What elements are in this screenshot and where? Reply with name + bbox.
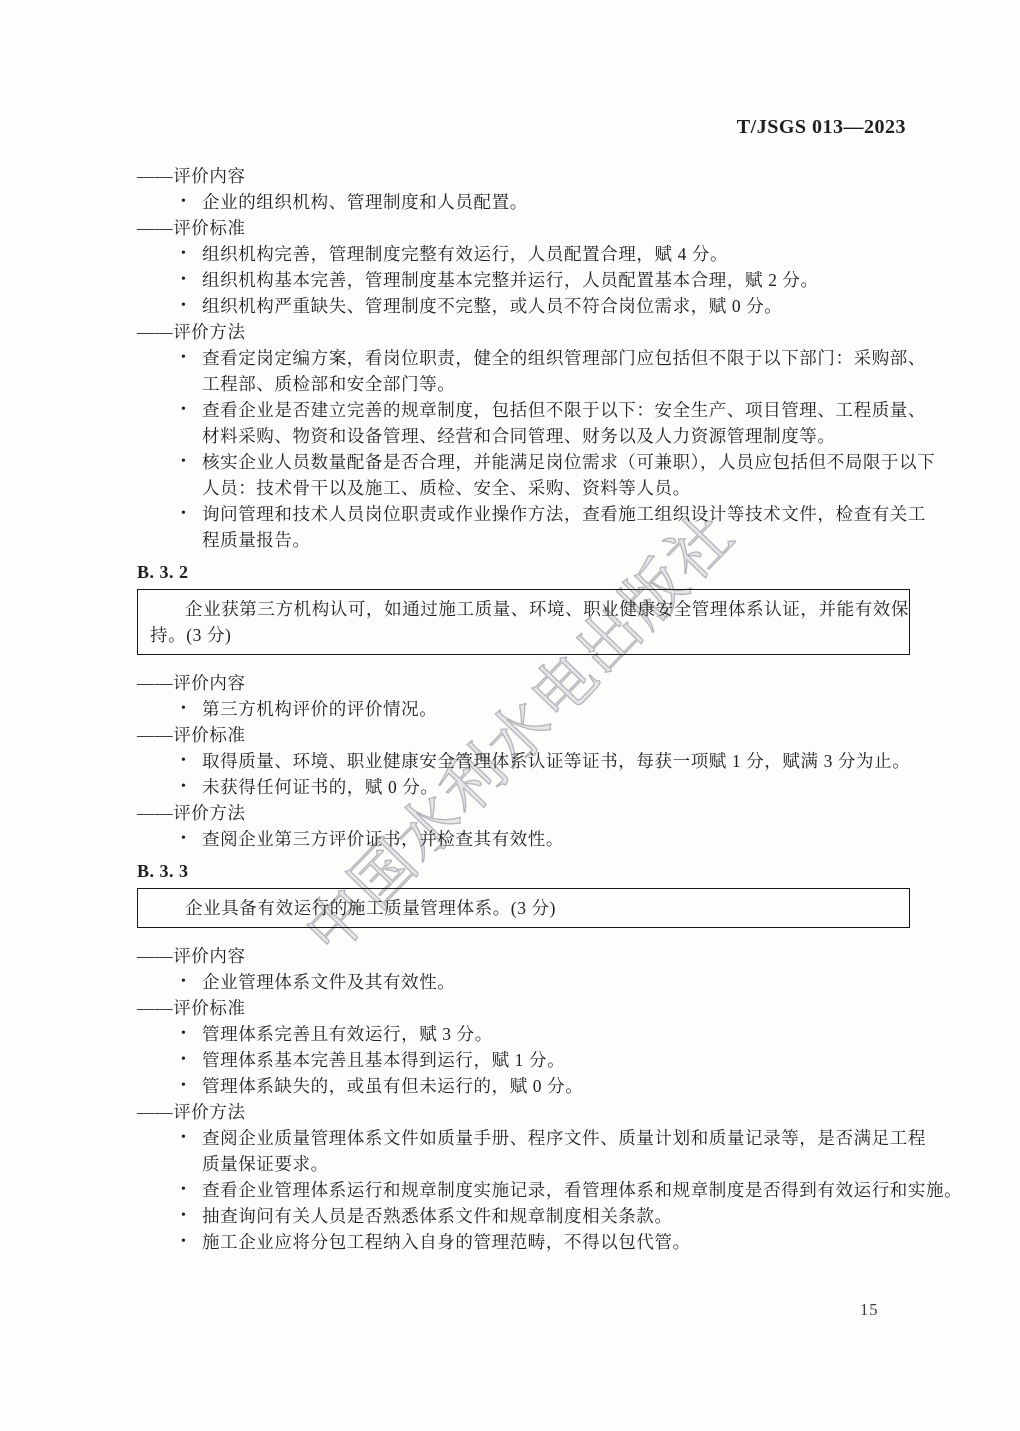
bullet-item-text: 组织机构完善，管理制度完整有效运行，人员配置合理，赋 4 分。 <box>202 241 910 267</box>
bullet-item-text: 工程部、质检部和安全部门等。 <box>202 371 910 397</box>
bullet-item: •抽查询问有关人员是否熟悉体系文件和规章制度相关条款。 <box>137 1203 910 1229</box>
bullet-item: •企业管理体系文件及其有效性。 <box>137 969 910 995</box>
bullet-item: •查阅企业质量管理体系文件如质量手册、程序文件、质量计划和质量记录等，是否满足工… <box>137 1125 910 1177</box>
bullet-item-text: 组织机构基本完善，管理制度基本完整并运行，人员配置基本合理，赋 2 分。 <box>202 267 910 293</box>
bullet-item-text: 取得质量、环境、职业健康安全管理体系认证等证书，每获一项赋 1 分，赋满 3 分… <box>202 748 910 774</box>
bullet-item: •查看企业管理体系运行和规章制度实施记录，看管理体系和规章制度是否得到有效运行和… <box>137 1177 910 1203</box>
clause-requirement-text: 企业具备有效运行的施工质量管理体系。(3 分) <box>150 895 897 921</box>
bullet-item-text: 查看企业是否建立完善的规章制度，包括但不限于以下：安全生产、项目管理、工程质量、 <box>202 397 910 423</box>
evaluation-label: ——评价方法 <box>137 319 910 345</box>
bullet-marker-icon: • <box>181 189 187 215</box>
bullet-item-text: 询问管理和技术人员岗位职责或作业操作方法，查看施工组织设计等技术文件，检查有关工 <box>202 501 910 527</box>
evaluation-label: ——评价标准 <box>137 722 910 748</box>
bullet-item-text: 核实企业人员数量配备是否合理，并能满足岗位需求（可兼职），人员应包括但不局限于以… <box>202 449 910 475</box>
bullet-item: •未获得任何证书的，赋 0 分。 <box>137 774 910 800</box>
bullet-item-text: 管理体系完善且有效运行，赋 3 分。 <box>202 1021 910 1047</box>
bullet-item-text: 企业的组织机构、管理制度和人员配置。 <box>202 189 910 215</box>
clause-requirement-text: 企业获第三方机构认可，如通过施工质量、环境、职业健康安全管理体系认证，并能有效保 <box>150 596 897 622</box>
bullet-item: •查看企业是否建立完善的规章制度，包括但不限于以下：安全生产、项目管理、工程质量… <box>137 397 910 449</box>
bullet-item: •企业的组织机构、管理制度和人员配置。 <box>137 189 910 215</box>
bullet-marker-icon: • <box>181 345 187 371</box>
bullet-item-text: 第三方机构评价的评价情况。 <box>202 696 910 722</box>
clause-requirement-text: 持。(3 分) <box>150 622 897 648</box>
bullet-item-text: 查看定岗定编方案，看岗位职责，健全的组织管理部门应包括但不限于以下部门：采购部、 <box>202 345 910 371</box>
bullet-marker-icon: • <box>181 397 187 423</box>
document-page: 中国水利水电出版社 T/JSGS 013—2023 ——评价内容•企业的组织机构… <box>0 0 1020 1431</box>
evaluation-label: ——评价内容 <box>137 670 910 696</box>
bullet-item: •核实企业人员数量配备是否合理，并能满足岗位需求（可兼职），人员应包括但不局限于… <box>137 449 910 501</box>
bullet-item: •管理体系缺失的，或虽有但未运行的，赋 0 分。 <box>137 1073 910 1099</box>
clause-requirement-box: 企业获第三方机构认可，如通过施工质量、环境、职业健康安全管理体系认证，并能有效保… <box>137 589 910 655</box>
bullet-item: •第三方机构评价的评价情况。 <box>137 696 910 722</box>
bullet-item: •组织机构基本完善，管理制度基本完整并运行，人员配置基本合理，赋 2 分。 <box>137 267 910 293</box>
bullet-item-text: 管理体系基本完善且基本得到运行，赋 1 分。 <box>202 1047 910 1073</box>
bullet-marker-icon: • <box>181 1047 187 1073</box>
bullet-item: •组织机构完善，管理制度完整有效运行，人员配置合理，赋 4 分。 <box>137 241 910 267</box>
bullet-item: •管理体系基本完善且基本得到运行，赋 1 分。 <box>137 1047 910 1073</box>
bullet-marker-icon: • <box>181 449 187 475</box>
bullet-item-text: 查阅企业质量管理体系文件如质量手册、程序文件、质量计划和质量记录等，是否满足工程 <box>202 1125 910 1151</box>
bullet-item: •查阅企业第三方评价证书，并检查其有效性。 <box>137 826 910 852</box>
clause-heading: B. 3. 2 <box>137 559 910 585</box>
evaluation-label: ——评价方法 <box>137 800 910 826</box>
bullet-item-text: 质量保证要求。 <box>202 1151 910 1177</box>
bullet-item-text: 程质量报告。 <box>202 527 910 553</box>
bullet-item: •取得质量、环境、职业健康安全管理体系认证等证书，每获一项赋 1 分，赋满 3 … <box>137 748 910 774</box>
evaluation-label: ——评价方法 <box>137 1099 910 1125</box>
document-body: ——评价内容•企业的组织机构、管理制度和人员配置。——评价标准•组织机构完善，管… <box>137 163 910 1255</box>
bullet-marker-icon: • <box>181 1125 187 1151</box>
bullet-item: •查看定岗定编方案，看岗位职责，健全的组织管理部门应包括但不限于以下部门：采购部… <box>137 345 910 397</box>
bullet-marker-icon: • <box>181 969 187 995</box>
bullet-item: •组织机构严重缺失、管理制度不完整，或人员不符合岗位需求，赋 0 分。 <box>137 293 910 319</box>
bullet-marker-icon: • <box>181 241 187 267</box>
bullet-item-text: 组织机构严重缺失、管理制度不完整，或人员不符合岗位需求，赋 0 分。 <box>202 293 910 319</box>
bullet-item: •施工企业应将分包工程纳入自身的管理范畴，不得以包代管。 <box>137 1229 910 1255</box>
evaluation-label: ——评价标准 <box>137 215 910 241</box>
bullet-marker-icon: • <box>181 774 187 800</box>
bullet-item-text: 管理体系缺失的，或虽有但未运行的，赋 0 分。 <box>202 1073 910 1099</box>
page-number: 15 <box>860 1300 879 1320</box>
bullet-item: •管理体系完善且有效运行，赋 3 分。 <box>137 1021 910 1047</box>
bullet-marker-icon: • <box>181 1203 187 1229</box>
bullet-item-text: 企业管理体系文件及其有效性。 <box>202 969 910 995</box>
standard-code: T/JSGS 013—2023 <box>737 116 906 139</box>
bullet-marker-icon: • <box>181 748 187 774</box>
bullet-item: •询问管理和技术人员岗位职责或作业操作方法，查看施工组织设计等技术文件，检查有关… <box>137 501 910 553</box>
bullet-item-text: 施工企业应将分包工程纳入自身的管理范畴，不得以包代管。 <box>202 1229 910 1255</box>
bullet-item-text: 查看企业管理体系运行和规章制度实施记录，看管理体系和规章制度是否得到有效运行和实… <box>202 1177 910 1203</box>
evaluation-label: ——评价标准 <box>137 995 910 1021</box>
bullet-item-text: 查阅企业第三方评价证书，并检查其有效性。 <box>202 826 910 852</box>
bullet-marker-icon: • <box>181 501 187 527</box>
bullet-item-text: 未获得任何证书的，赋 0 分。 <box>202 774 910 800</box>
evaluation-label: ——评价内容 <box>137 943 910 969</box>
bullet-marker-icon: • <box>181 1229 187 1255</box>
bullet-marker-icon: • <box>181 1177 187 1203</box>
bullet-marker-icon: • <box>181 293 187 319</box>
clause-requirement-box: 企业具备有效运行的施工质量管理体系。(3 分) <box>137 888 910 928</box>
bullet-marker-icon: • <box>181 696 187 722</box>
bullet-item-text: 人员：技术骨干以及施工、质检、安全、采购、资料等人员。 <box>202 475 910 501</box>
clause-heading: B. 3. 3 <box>137 858 910 884</box>
bullet-marker-icon: • <box>181 1021 187 1047</box>
bullet-marker-icon: • <box>181 826 187 852</box>
bullet-marker-icon: • <box>181 267 187 293</box>
bullet-item-text: 材料采购、物资和设备管理、经营和合同管理、财务以及人力资源管理制度等。 <box>202 423 910 449</box>
bullet-item-text: 抽查询问有关人员是否熟悉体系文件和规章制度相关条款。 <box>202 1203 910 1229</box>
evaluation-label: ——评价内容 <box>137 163 910 189</box>
bullet-marker-icon: • <box>181 1073 187 1099</box>
